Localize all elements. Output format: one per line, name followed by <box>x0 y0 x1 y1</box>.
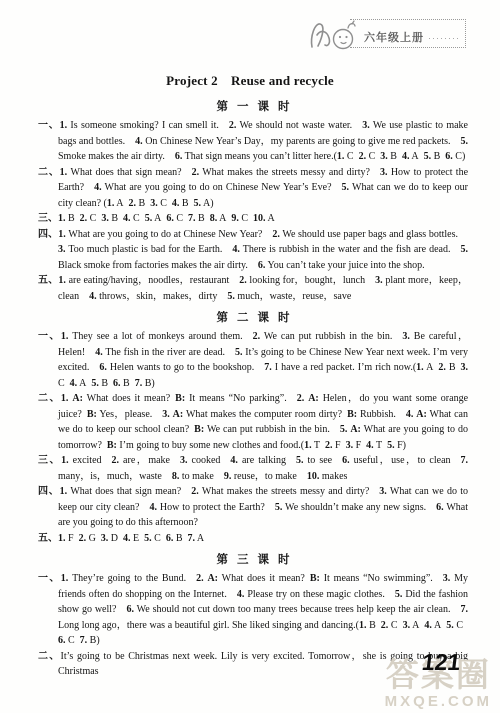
answer-section: 四、1. What does that sign mean? 2. What m… <box>38 484 468 531</box>
lesson-heading: 第一课时 <box>38 98 468 114</box>
section-text: 1. They’re going to the Bund. 2. A: What… <box>58 573 468 646</box>
answer-section: 二、1. What does that sign mean? 2. What m… <box>38 165 468 212</box>
lesson-heading: 第三课时 <box>38 551 468 567</box>
section-text: 1. F 2. G 3. D 4. E 5. C 6. B 7. A <box>58 533 204 544</box>
answer-section: 三、1. B 2. C 3. B 4. C 5. A 6. C 7. B 8. … <box>38 211 468 227</box>
answer-section: 一、1. They see a lot of monkeys around th… <box>38 329 468 391</box>
section-label: 二、 <box>38 167 60 178</box>
lesson-heading: 第二课时 <box>38 309 468 325</box>
section-label: 四、 <box>38 229 58 240</box>
watermark-site-text: MXQE.COM <box>385 694 492 709</box>
textbook-answer-page: 六年级上册 ········ Project 2 Reuse and recyc… <box>0 0 500 713</box>
section-label: 一、 <box>38 331 61 342</box>
answer-section: 五、1. are eating/having，noodles，restauran… <box>38 273 468 304</box>
section-label: 二、 <box>38 393 61 404</box>
grade-label: 六年级上册 <box>364 29 424 45</box>
answer-section: 一、1. Is someone smoking? I can smell it.… <box>38 118 468 165</box>
section-text: 1. Is someone smoking? I can smell it. 2… <box>58 120 468 162</box>
section-text: 1. They see a lot of monkeys around them… <box>58 331 468 389</box>
section-text: 1. What does that sign mean? 2. What mak… <box>58 167 468 209</box>
section-label: 五、 <box>38 275 58 286</box>
section-label: 四、 <box>38 486 60 497</box>
lessons-container: 第一课时一、1. Is someone smoking? I can smell… <box>38 98 468 680</box>
answer-section: 三、1. excited 2. are，make 3. cooked 4. ar… <box>38 453 468 484</box>
page-number: 121 <box>420 649 462 676</box>
answer-section: 一、1. They’re going to the Bund. 2. A: Wh… <box>38 571 468 649</box>
page-header-banner: 六年级上册 ········ <box>308 12 466 54</box>
section-label: 五、 <box>38 533 58 544</box>
section-label: 三、 <box>38 213 58 224</box>
section-label: 三、 <box>38 455 61 466</box>
grade-label-box: 六年级上册 ········ <box>350 19 466 48</box>
section-text: 1. are eating/having，noodles，restaurant … <box>58 275 468 302</box>
section-text: 1. What are you going to do at Chinese N… <box>58 229 468 271</box>
section-label: 二、 <box>38 651 61 662</box>
answer-section: 四、1. What are you going to do at Chinese… <box>38 227 468 274</box>
section-label: 一、 <box>38 120 60 131</box>
section-text: 1. What does that sign mean? 2. What mak… <box>58 486 468 528</box>
answer-section: 五、1. F 2. G 3. D 4. E 5. C 6. B 7. A <box>38 531 468 547</box>
section-text: 1. A: What does it mean? B: It means “No… <box>58 393 468 451</box>
section-text: 1. B 2. C 3. B 4. C 5. A 6. C 7. B 8. A … <box>58 213 275 224</box>
answer-section: 二、1. A: What does it mean? B: It means “… <box>38 391 468 453</box>
dotted-leader: ········ <box>428 33 460 43</box>
section-label: 一、 <box>38 573 61 584</box>
section-text: 1. excited 2. are，make 3. cooked 4. are … <box>58 455 468 482</box>
